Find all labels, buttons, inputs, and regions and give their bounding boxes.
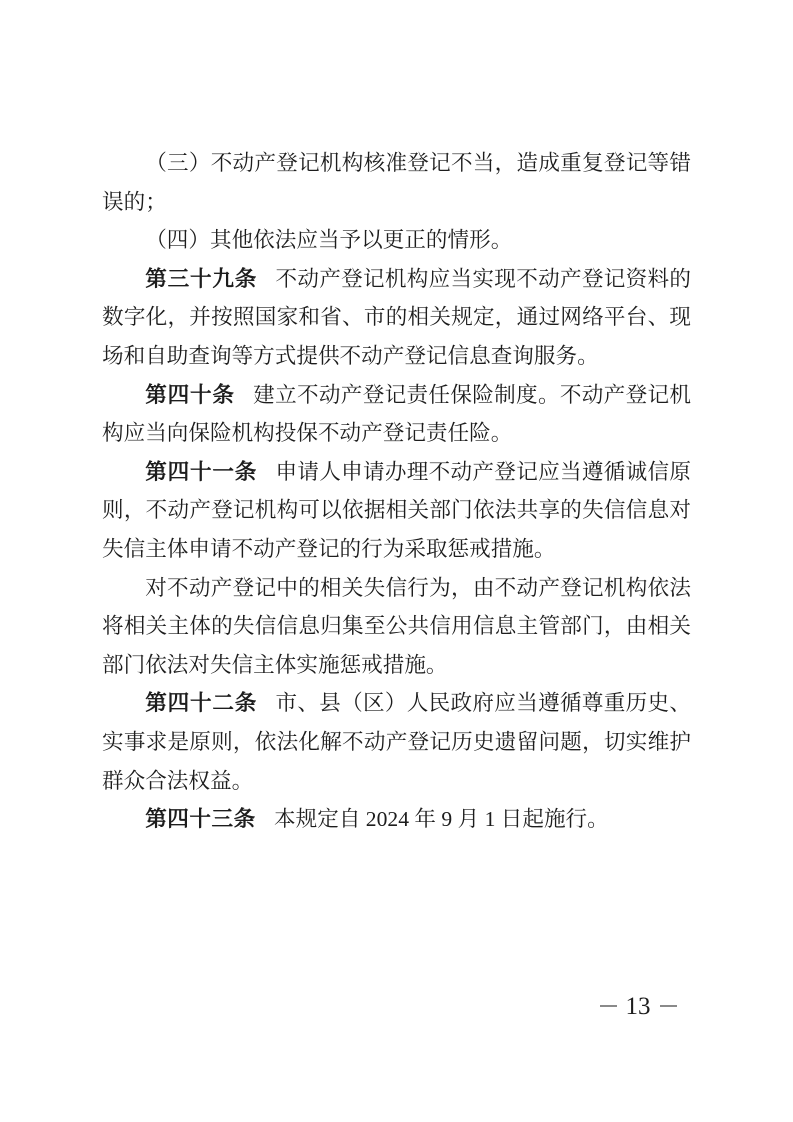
article-number: 第四十一条 [145, 459, 257, 484]
paragraph-text: （三）不动产登记机构核准登记不当，造成重复登记等错误的； [102, 151, 691, 214]
document-body: （三）不动产登记机构核准登记不当，造成重复登记等错误的；（四）其他依法应当予以更… [102, 144, 691, 839]
article-number: 第四十三条 [145, 806, 255, 831]
paragraph-text: 本规定自 2024 年 9 月 1 日起施行。 [274, 807, 609, 831]
paragraph: （四）其他依法应当予以更正的情形。 [102, 221, 691, 260]
paragraph: 第四十条建立不动产登记责任保险制度。不动产登记机构应当向保险机构投保不动产登记责… [102, 376, 691, 453]
page-number-footer: 13 [590, 991, 686, 1021]
page-number: 13 [626, 994, 651, 1019]
paragraph-text: （四）其他依法应当予以更正的情形。 [145, 228, 512, 252]
document-page: （三）不动产登记机构核准登记不当，造成重复登记等错误的；（四）其他依法应当予以更… [0, 0, 793, 1122]
article-number: 第三十九条 [145, 266, 257, 291]
paragraph: 第四十二条市、县（区）人民政府应当遵循尊重历史、实事求是原则，依法化解不动产登记… [102, 684, 691, 800]
article-number: 第四十二条 [145, 690, 257, 715]
paragraph: 对不动产登记中的相关失信行为，由不动产登记机构依法将相关主体的失信信息归集至公共… [102, 569, 691, 685]
paragraph: 第三十九条不动产登记机构应当实现不动产登记资料的数字化，并按照国家和省、市的相关… [102, 260, 691, 376]
footer-left-dash [600, 1005, 617, 1007]
article-number: 第四十条 [145, 382, 235, 407]
paragraph: 第四十三条本规定自 2024 年 9 月 1 日起施行。 [102, 800, 691, 839]
footer-right-dash [660, 1005, 677, 1007]
paragraph: （三）不动产登记机构核准登记不当，造成重复登记等错误的； [102, 144, 691, 221]
paragraph: 第四十一条申请人申请办理不动产登记应当遵循诚信原则，不动产登记机构可以依据相关部… [102, 453, 691, 569]
paragraph-text: 对不动产登记中的相关失信行为，由不动产登记机构依法将相关主体的失信信息归集至公共… [102, 576, 691, 677]
